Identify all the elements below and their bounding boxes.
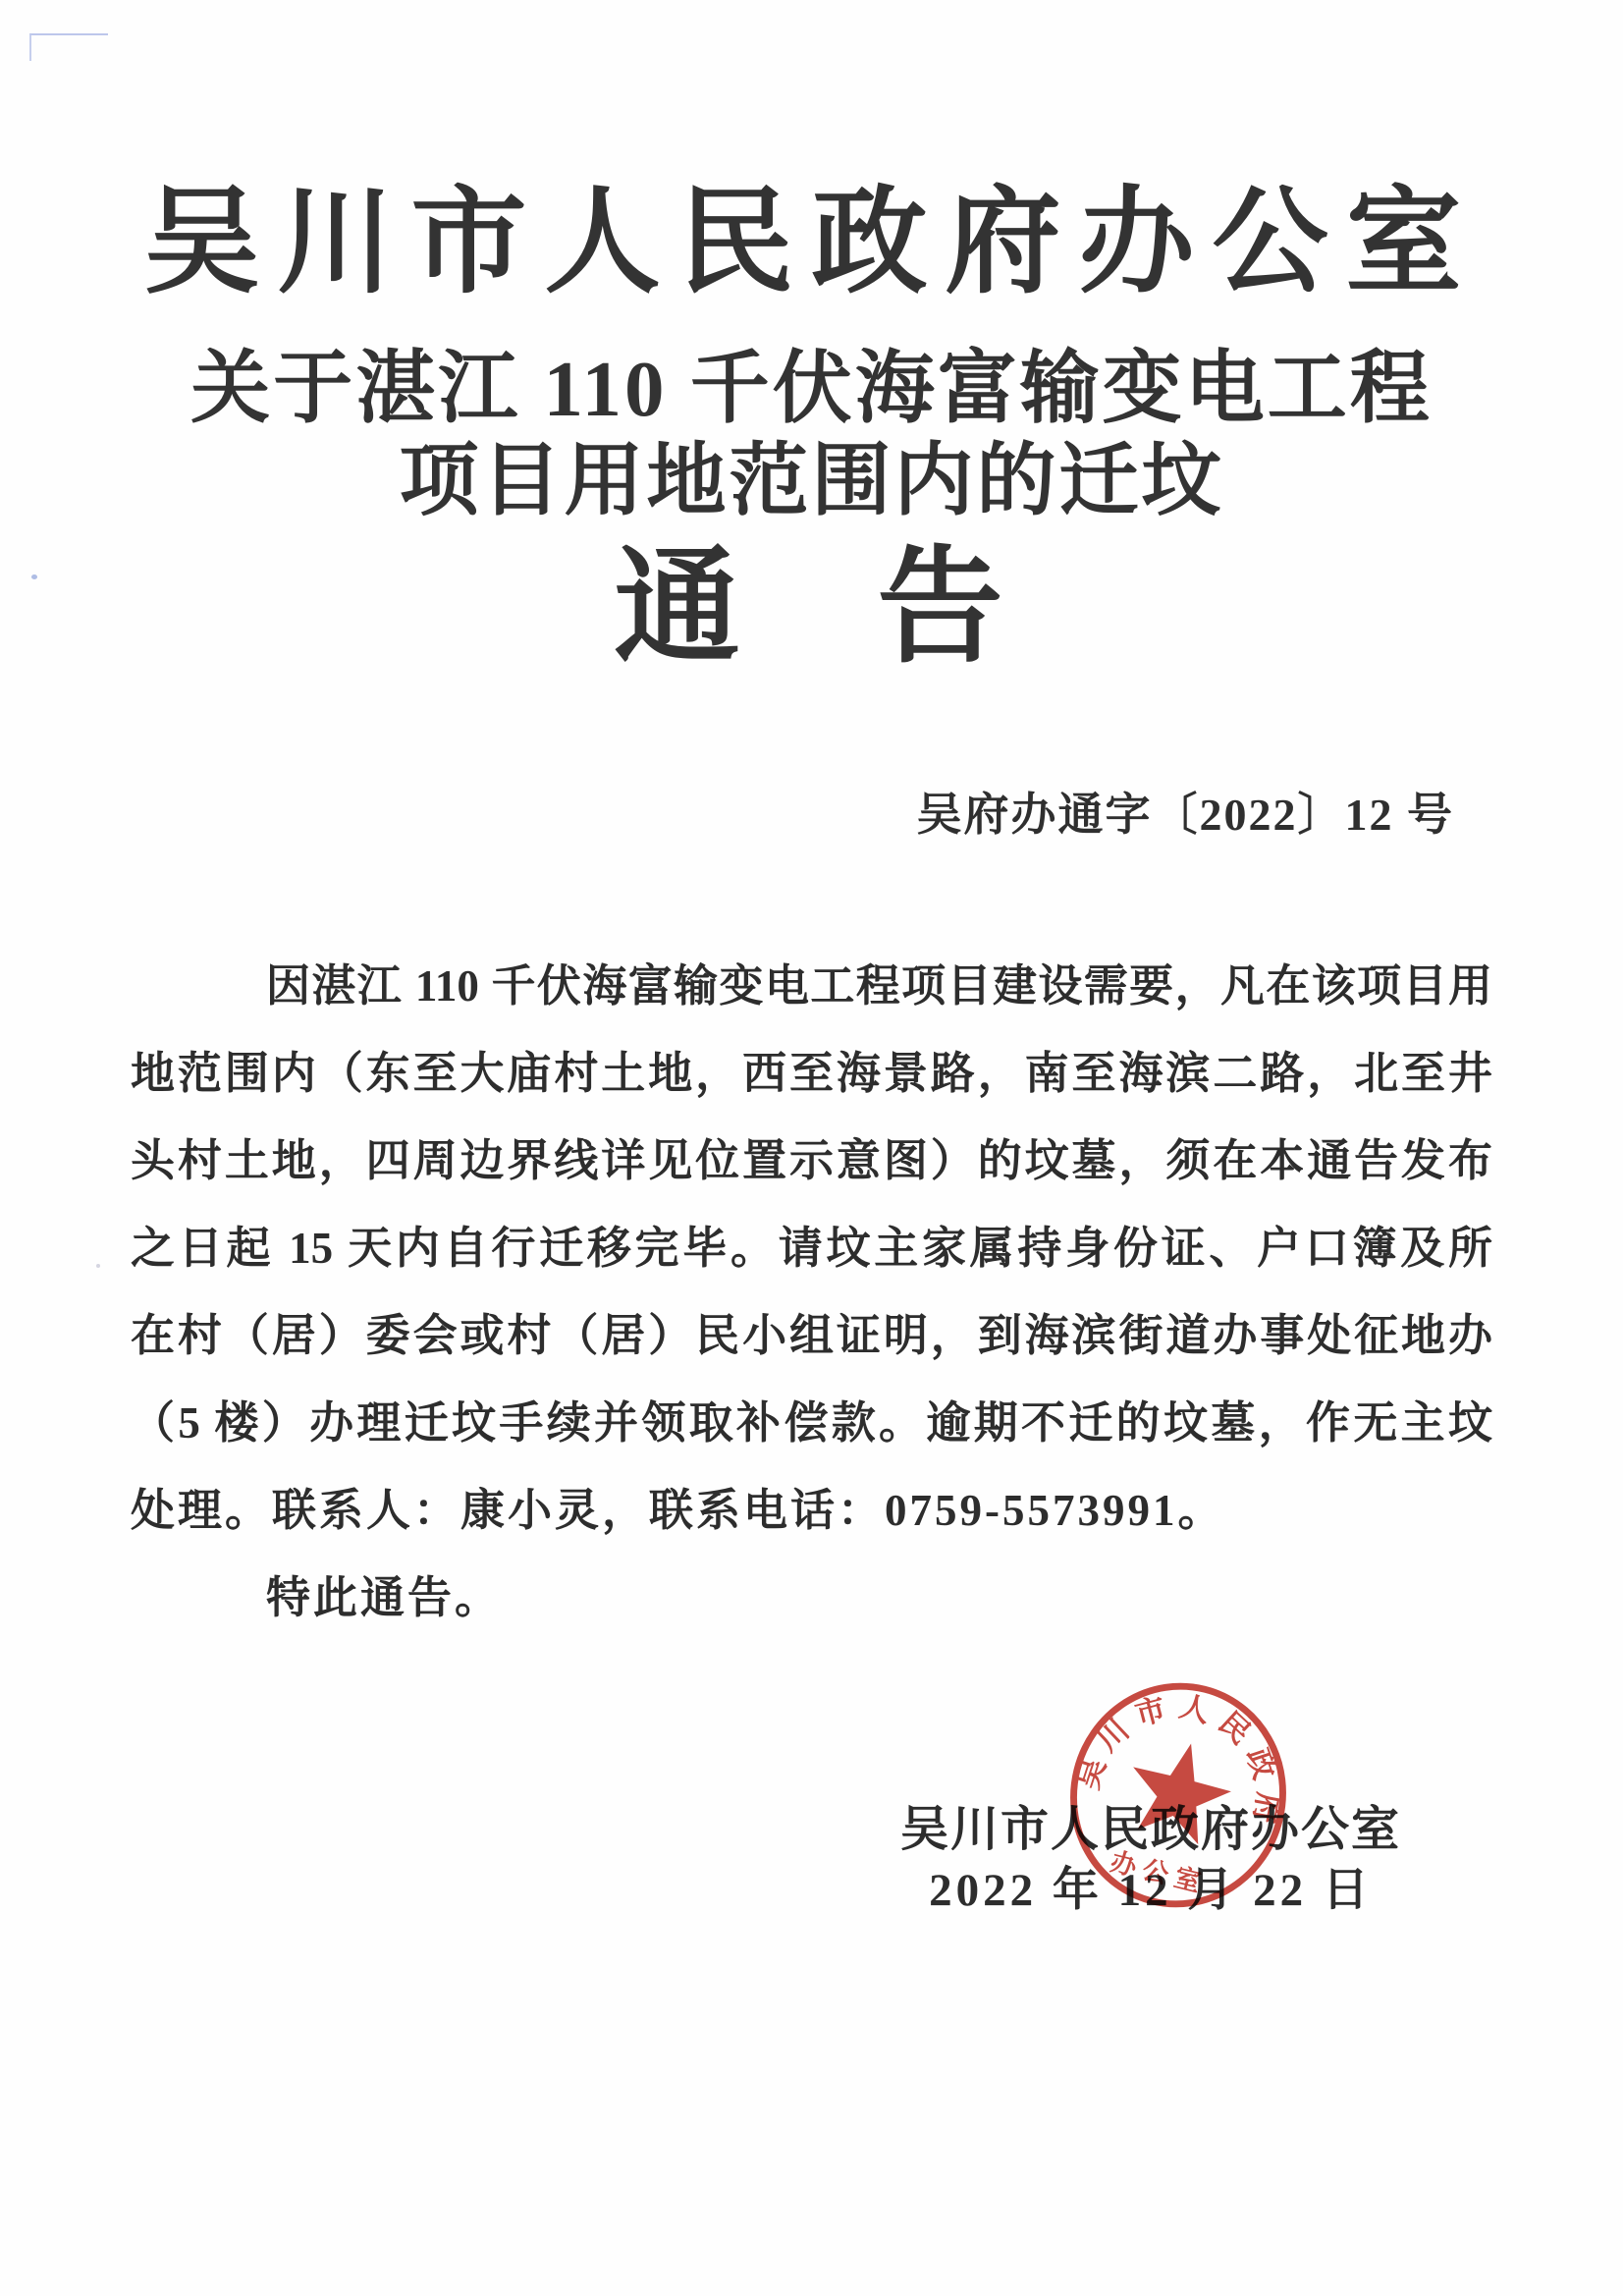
- body-line: 头村土地，四周边界线详见位置示意图）的坟墓，须在本通告发布: [131, 1118, 1492, 1205]
- scanned-notice-page: 吴川市人民政府办公室 关于湛江 110 千伏海富输变电工程 项目用地范围内的迁坟…: [0, 0, 1623, 2296]
- document-title: 吴川市人民政府办公室: [0, 179, 1623, 308]
- body-line: 处理。联系人：康小灵，联系电话：0759-5573991。: [131, 1467, 1492, 1555]
- scan-artifact-corner: [29, 33, 108, 61]
- subtitle-line-1: 关于湛江 110 千伏海富输变电工程: [0, 343, 1623, 436]
- body-text: 因湛江 110 千伏海富输变电工程项目建设需要，凡在该项目用 地范围内（东至大庙…: [131, 943, 1492, 1642]
- scan-artifact-speck: [96, 1264, 100, 1268]
- official-seal: 吴川市人民政府 办公室: [1062, 1675, 1294, 1915]
- body-line: 之日起 15 天内自行迁移完毕。请坟主家属持身份证、户口簿及所: [131, 1205, 1492, 1292]
- seal-star-icon: [1119, 1731, 1240, 1849]
- document-number: 吴府办通字〔2022〕12 号: [0, 786, 1454, 845]
- body-line: （5 楼）办理迁坟手续并领取补偿款。逾期不迁的坟墓，作无主坟: [131, 1380, 1492, 1467]
- body-line: 在村（居）委会或村（居）民小组证明，到海滨街道办事处征地办: [131, 1292, 1492, 1380]
- body-line: 地范围内（东至大庙村土地，西至海景路，南至海滨二路，北至井: [131, 1030, 1492, 1118]
- subtitle-line-2: 项目用地范围内的迁坟: [0, 435, 1623, 528]
- notice-heading: 通 告: [0, 538, 1623, 678]
- body-line: 因湛江 110 千伏海富输变电工程项目建设需要，凡在该项目用: [131, 943, 1492, 1030]
- closing-line: 特此通告。: [131, 1555, 1492, 1642]
